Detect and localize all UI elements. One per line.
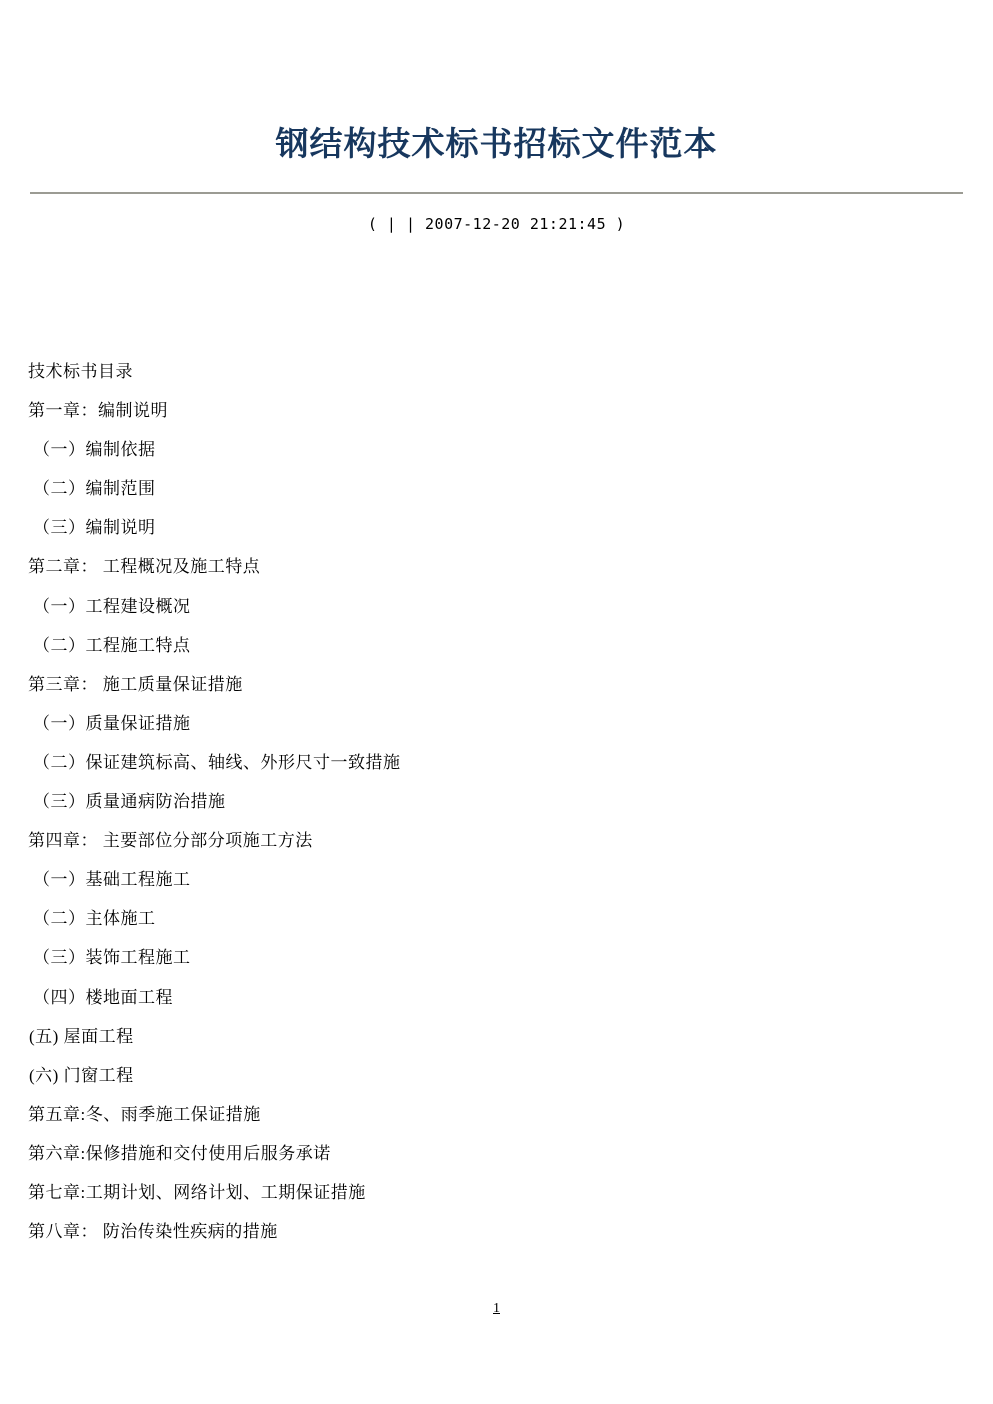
page-title: 钢结构技术标书招标文件范本: [0, 118, 993, 165]
toc-item-ch4-sub-1: （一）基础工程施工: [28, 860, 973, 899]
toc-item-ch4-sub-3: （三）装饰工程施工: [28, 938, 973, 977]
toc-item-chapter-3: 第三章： 施工质量保证措施: [28, 665, 973, 704]
toc-item-chapter-5: 第五章:冬、雨季施工保证措施: [28, 1095, 973, 1134]
toc-item-ch4-sub-5: (五) 屋面工程: [28, 1017, 973, 1056]
toc-item-ch3-sub-1: （一）质量保证措施: [28, 704, 973, 743]
page-number: 1: [0, 1301, 993, 1317]
toc-item-ch4-sub-4: （四）楼地面工程: [28, 978, 973, 1017]
toc-item-ch4-sub-6: (六) 门窗工程: [28, 1056, 973, 1095]
toc-item-chapter-6: 第六章:保修措施和交付使用后服务承诺: [28, 1134, 973, 1173]
document-page: 钢结构技术标书招标文件范本 ( | | 2007-12-20 21:21:45 …: [0, 0, 993, 1404]
toc-item-chapter-4: 第四章： 主要部位分部分项施工方法: [28, 821, 973, 860]
timestamp-line: ( | | 2007-12-20 21:21:45 ): [0, 215, 993, 233]
toc-item-ch1-sub-3: （三）编制说明: [28, 508, 973, 547]
toc-item-ch1-sub-1: （一）编制依据: [28, 430, 973, 469]
toc-item-ch3-sub-3: （三）质量通病防治措施: [28, 782, 973, 821]
toc-item-chapter-7: 第七章:工期计划、网络计划、工期保证措施: [28, 1173, 973, 1212]
toc-item-ch4-sub-2: （二）主体施工: [28, 899, 973, 938]
toc-item-ch1-sub-2: （二）编制范围: [28, 469, 973, 508]
toc-item-ch2-sub-1: （一）工程建设概况: [28, 587, 973, 626]
toc-item-ch2-sub-2: （二）工程施工特点: [28, 626, 973, 665]
toc-item-chapter-8: 第八章： 防治传染性疾病的措施: [28, 1212, 973, 1251]
page-number-value: 1: [493, 1301, 500, 1316]
toc-item-ch3-sub-2: （二）保证建筑标高、轴线、外形尺寸一致措施: [28, 743, 973, 782]
toc-item-chapter-2: 第二章： 工程概况及施工特点: [28, 547, 973, 586]
table-of-contents: 技术标书目录 第一章：编制说明 （一）编制依据 （二）编制范围 （三）编制说明 …: [28, 352, 973, 1251]
toc-item-chapter-1: 第一章：编制说明: [28, 391, 973, 430]
title-divider: [30, 192, 963, 194]
toc-heading: 技术标书目录: [28, 352, 973, 391]
